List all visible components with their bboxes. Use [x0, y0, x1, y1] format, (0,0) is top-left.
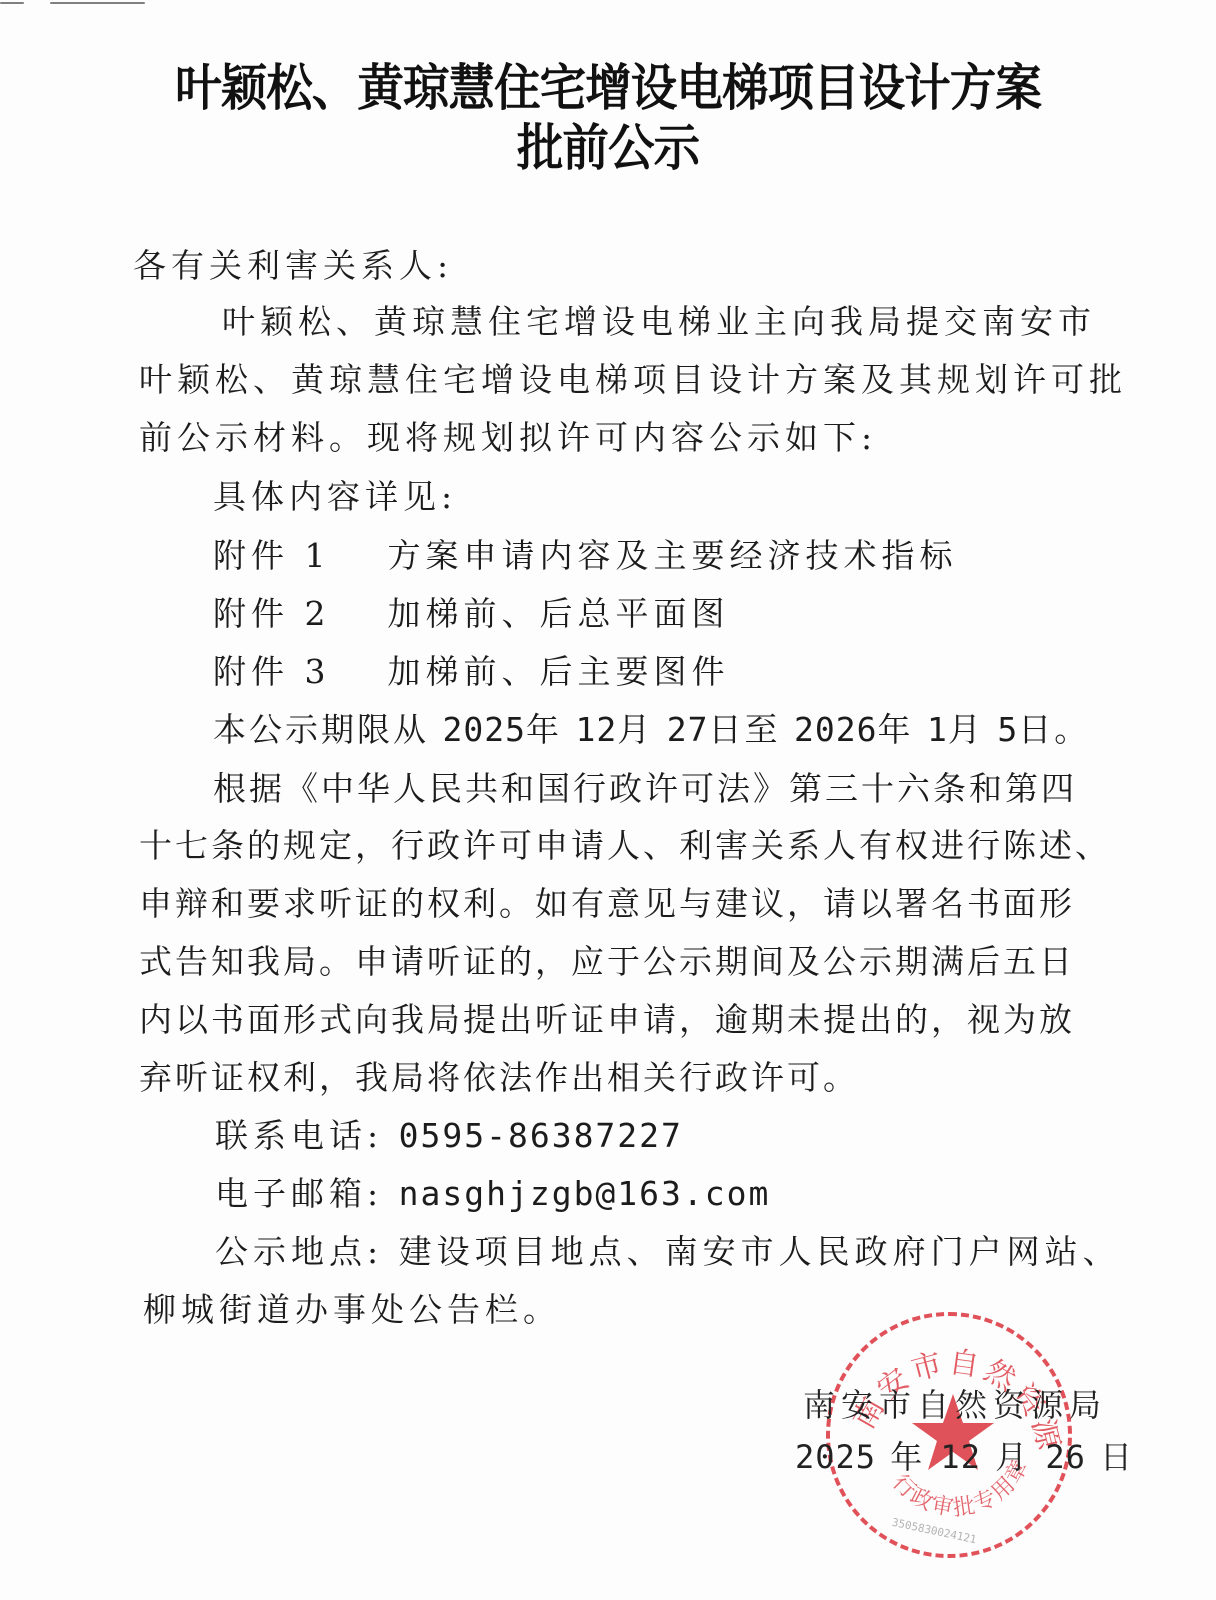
email-label: 电子邮箱: [215, 1174, 383, 1213]
document-title-line2: 批前公示 [43, 108, 1174, 180]
attachment-2: 附件 2 加梯前、后总平面图 [213, 588, 730, 635]
location-line1: 建设项目地点、南安市人民政府门户网站、 [399, 1232, 1121, 1271]
end-day: 5 [997, 710, 1018, 749]
legal-line-4: 式告知我局。申请听证的，应于公示期间及公示期满后五日 [139, 936, 1075, 983]
start-year: 2025 [443, 710, 526, 749]
intro-line-3: 前公示材料。现将规划拟许可内容公示如下: [139, 412, 877, 459]
contact-location: 公示地点: 建设项目地点、南安市人民政府门户网站、 [215, 1226, 1121, 1273]
document-page: 叶颖松、黄琼慧住宅增设电梯项目设计方案 批前公示 各有关利害关系人: 叶颖松、黄… [0, 0, 1216, 1600]
publicity-period: 本公示期限从 2025年 12月 27日至 2026年 1月 5日。 [213, 704, 1090, 751]
scan-artifact [0, 2, 24, 4]
scan-artifact [50, 2, 145, 4]
details-label: 具体内容详见: [213, 471, 457, 518]
location-line2: 柳城街道办事处公告栏。 [143, 1284, 561, 1331]
contact-email: 电子邮箱: nasghjzgb@163.com [215, 1168, 770, 1215]
seal-serial: 3505830024121 [891, 1516, 978, 1547]
start-day: 27 [667, 710, 709, 749]
attachment-2-label: 附件 2 [213, 594, 331, 633]
attachment-1: 附件 1 方案申请内容及主要经济技术指标 [213, 530, 958, 577]
legal-line-3: 申辩和要求听证的权利。如有意见与建议，请以署名书面形 [139, 878, 1075, 925]
legal-line-2: 十七条的规定，行政许可申请人、利害关系人有权进行陈述、 [139, 820, 1111, 867]
attachment-3: 附件 3 加梯前、后主要图件 [213, 646, 730, 693]
phone-number: 0595-86387227 [399, 1116, 683, 1155]
location-label: 公示地点: [215, 1232, 383, 1271]
end-year: 2026 [794, 710, 877, 749]
intro-line-2: 叶颖松、黄琼慧住宅增设电梯项目设计方案及其规划许可批 [139, 354, 1127, 401]
start-month: 12 [575, 710, 617, 749]
legal-line-6: 弃听证权利，我局将依法作出相关行政许可。 [139, 1052, 859, 1099]
legal-line-5: 内以书面形式向我局提出听证申请，逾期未提出的，视为放 [139, 994, 1075, 1041]
attachment-3-label: 附件 3 [213, 652, 331, 691]
signature-date: 2025 年 12 月 26 日 [795, 1432, 1136, 1478]
contact-phone: 联系电话: 0595-86387227 [215, 1110, 683, 1157]
intro-line-1: 叶颖松、黄琼慧住宅增设电梯业主向我局提交南安市 [222, 296, 1096, 343]
email-address: nasghjzgb@163.com [399, 1174, 771, 1213]
signature-org: 南安市自然资源局 [803, 1380, 1107, 1426]
legal-line-1: 根据《中华人民共和国行政许可法》第三十六条和第四 [213, 763, 1077, 810]
attachment-2-text: 加梯前、后总平面图 [388, 594, 730, 633]
attachment-1-text: 方案申请内容及主要经济技术指标 [388, 536, 958, 575]
salutation: 各有关利害关系人: [133, 240, 453, 287]
end-month: 1 [927, 710, 948, 749]
attachment-3-text: 加梯前、后主要图件 [388, 652, 730, 691]
attachment-1-label: 附件 1 [213, 536, 331, 575]
phone-label: 联系电话: [215, 1116, 383, 1155]
